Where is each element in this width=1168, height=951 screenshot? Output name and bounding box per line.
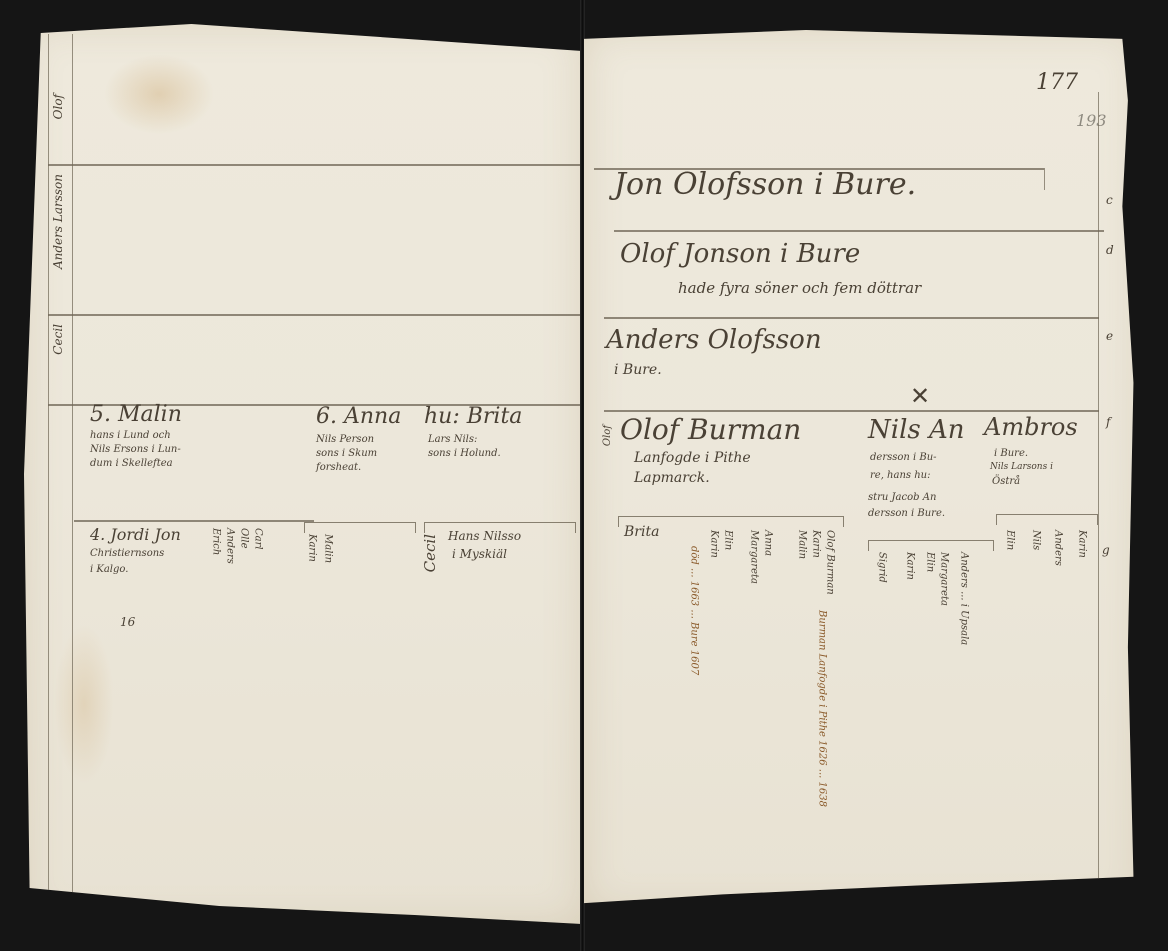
margin-letter-d: d — [1106, 244, 1114, 258]
margin-rule — [1098, 92, 1099, 892]
entry-anders-olofsson: Anders Olofsson — [606, 326, 822, 356]
entry-anders-place: i Bure. — [614, 362, 662, 378]
row-rule-tick — [1044, 168, 1045, 190]
margin-letter-e: e — [1106, 330, 1113, 344]
margin-label-anders: Anders Larsson — [52, 174, 66, 269]
family-brace — [996, 514, 1098, 525]
margin-label-olof: Olof — [52, 94, 66, 119]
water-stain — [104, 54, 214, 134]
left-page: Olof Anders Larsson Cecil 5. Malin hans … — [24, 24, 582, 924]
folio-number: 177 — [1036, 70, 1078, 95]
margin-rule — [48, 34, 49, 914]
margin-letter-f: f — [1106, 416, 1110, 430]
entry-olof-jonson: Olof Jonson i Bure — [620, 240, 860, 270]
family-brace — [868, 540, 994, 551]
row-rule — [48, 314, 582, 316]
entry-olof-jonson-note: hade fyra söner och fem döttrar — [678, 280, 921, 297]
right-page: 177 193 c d e f g Jon Olofsson i Bure. O… — [584, 30, 1139, 912]
row-rule — [74, 520, 314, 522]
cross-mark: ✕ — [910, 382, 930, 410]
row-rule — [48, 164, 582, 166]
footnote-number: 16 — [120, 616, 135, 630]
note-brown: Burman Lanfogde i Pithe 1626 ... 1638 — [816, 610, 828, 807]
family-brace — [304, 522, 416, 533]
row-rule — [604, 317, 1099, 319]
margin-rule — [72, 34, 73, 914]
margin-letter-c: c — [1106, 194, 1113, 208]
water-stain — [54, 624, 114, 784]
entry-jon-olofsson: Jon Olofsson i Bure. — [614, 168, 916, 203]
margin-label-cecil: Cecil — [52, 324, 66, 355]
old-folio-number: 193 — [1076, 112, 1107, 130]
note-brown: död ... 1663 ... Bure 1607 — [688, 546, 700, 675]
margin-letter-g: g — [1102, 544, 1110, 558]
row-rule — [604, 410, 1099, 412]
row-rule — [614, 230, 1104, 232]
